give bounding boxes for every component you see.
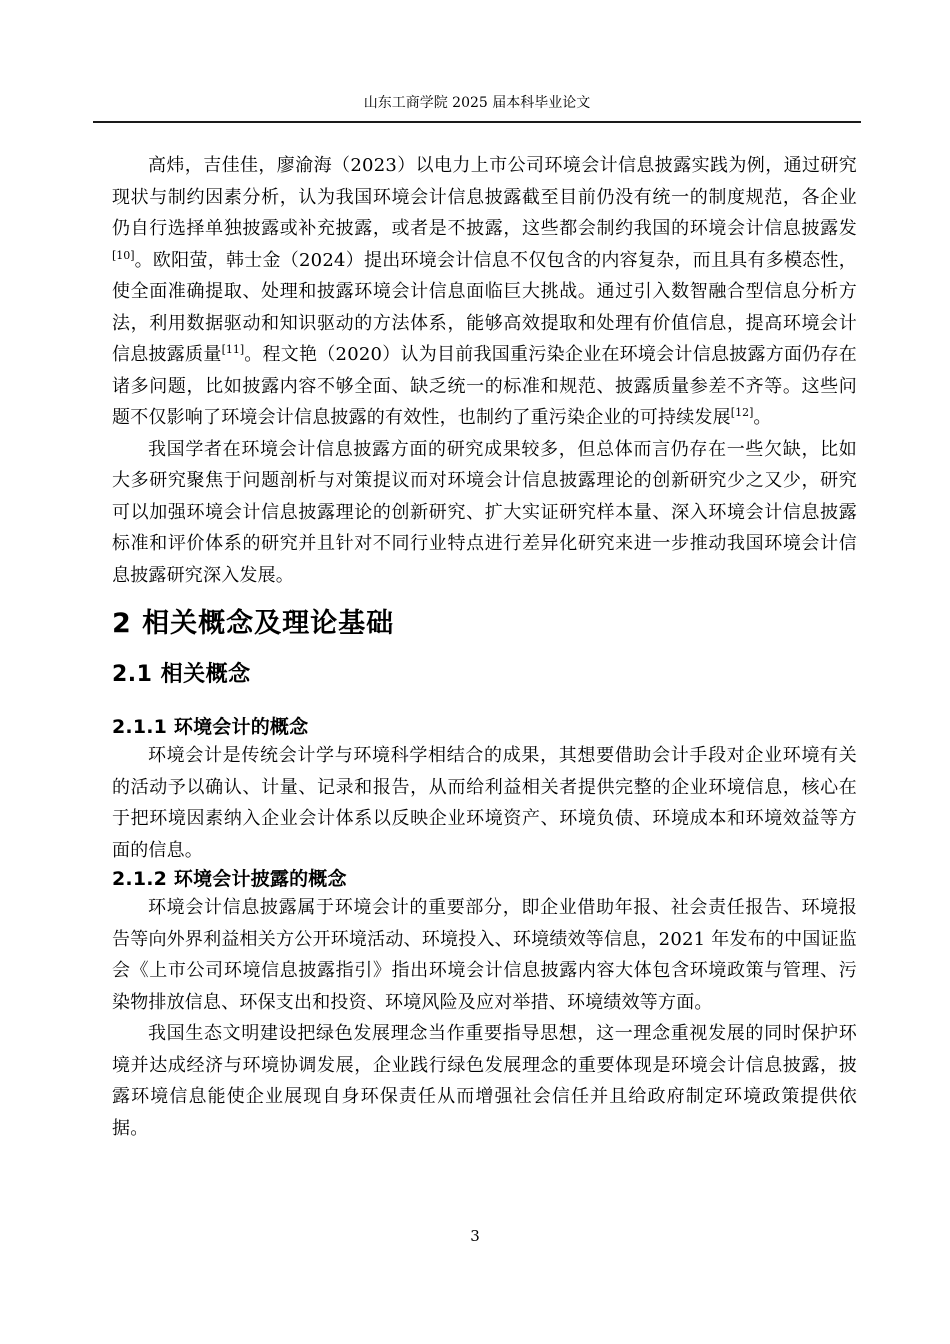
env-accounting-concept-paragraph: 环境会计是传统会计学与环境科学相结合的成果，其想要借助会计手段对企业环境有关的活… xyxy=(112,740,857,866)
disclosure-concept-paragraph-1: 环境会计信息披露属于环境会计的重要部分，即企业借助年报、社会责任报告、环境报告等… xyxy=(112,892,857,1018)
section-heading-2-1: 2.1 相关概念 xyxy=(112,660,857,690)
disclosure-concept-paragraph-2: 我国生态文明建设把绿色发展理念当作重要指导思想，这一理念重视发展的同时保护环境并… xyxy=(112,1018,857,1144)
page-footer: 3 xyxy=(0,1226,950,1246)
page-content: 高炜，吉佳佳，廖渝海（2023）以电力上市公司环境会计信息披露实践为例，通过研究… xyxy=(112,150,857,1144)
literature-review-paragraph-2: 我国学者在环境会计信息披露方面的研究成果较多，但总体而言仍存在一些欠缺，比如大多… xyxy=(112,434,857,592)
header-title: 山东工商学院 2025 届本科毕业论文 xyxy=(364,95,591,111)
citation-ref-10: [10] xyxy=(112,249,135,262)
section-heading-2-1-1: 2.1.1 环境会计的概念 xyxy=(112,714,857,740)
section-heading-2: 2 相关概念及理论基础 xyxy=(112,606,857,642)
paragraph-text: 。 xyxy=(753,407,771,428)
literature-review-paragraph-1: 高炜，吉佳佳，廖渝海（2023）以电力上市公司环境会计信息披露实践为例，通过研究… xyxy=(112,150,857,434)
document-page: 山东工商学院 2025 届本科毕业论文 高炜，吉佳佳，廖渝海（2023）以电力上… xyxy=(0,0,950,1344)
page-number: 3 xyxy=(470,1227,480,1245)
citation-ref-12: [12] xyxy=(731,406,754,419)
citation-ref-11: [11] xyxy=(222,343,245,356)
page-header: 山东工商学院 2025 届本科毕业论文 xyxy=(93,94,861,123)
section-heading-2-1-2: 2.1.2 环境会计披露的概念 xyxy=(112,866,857,892)
paragraph-text: 高炜，吉佳佳，廖渝海（2023）以电力上市公司环境会计信息披露实践为例，通过研究… xyxy=(112,155,857,239)
